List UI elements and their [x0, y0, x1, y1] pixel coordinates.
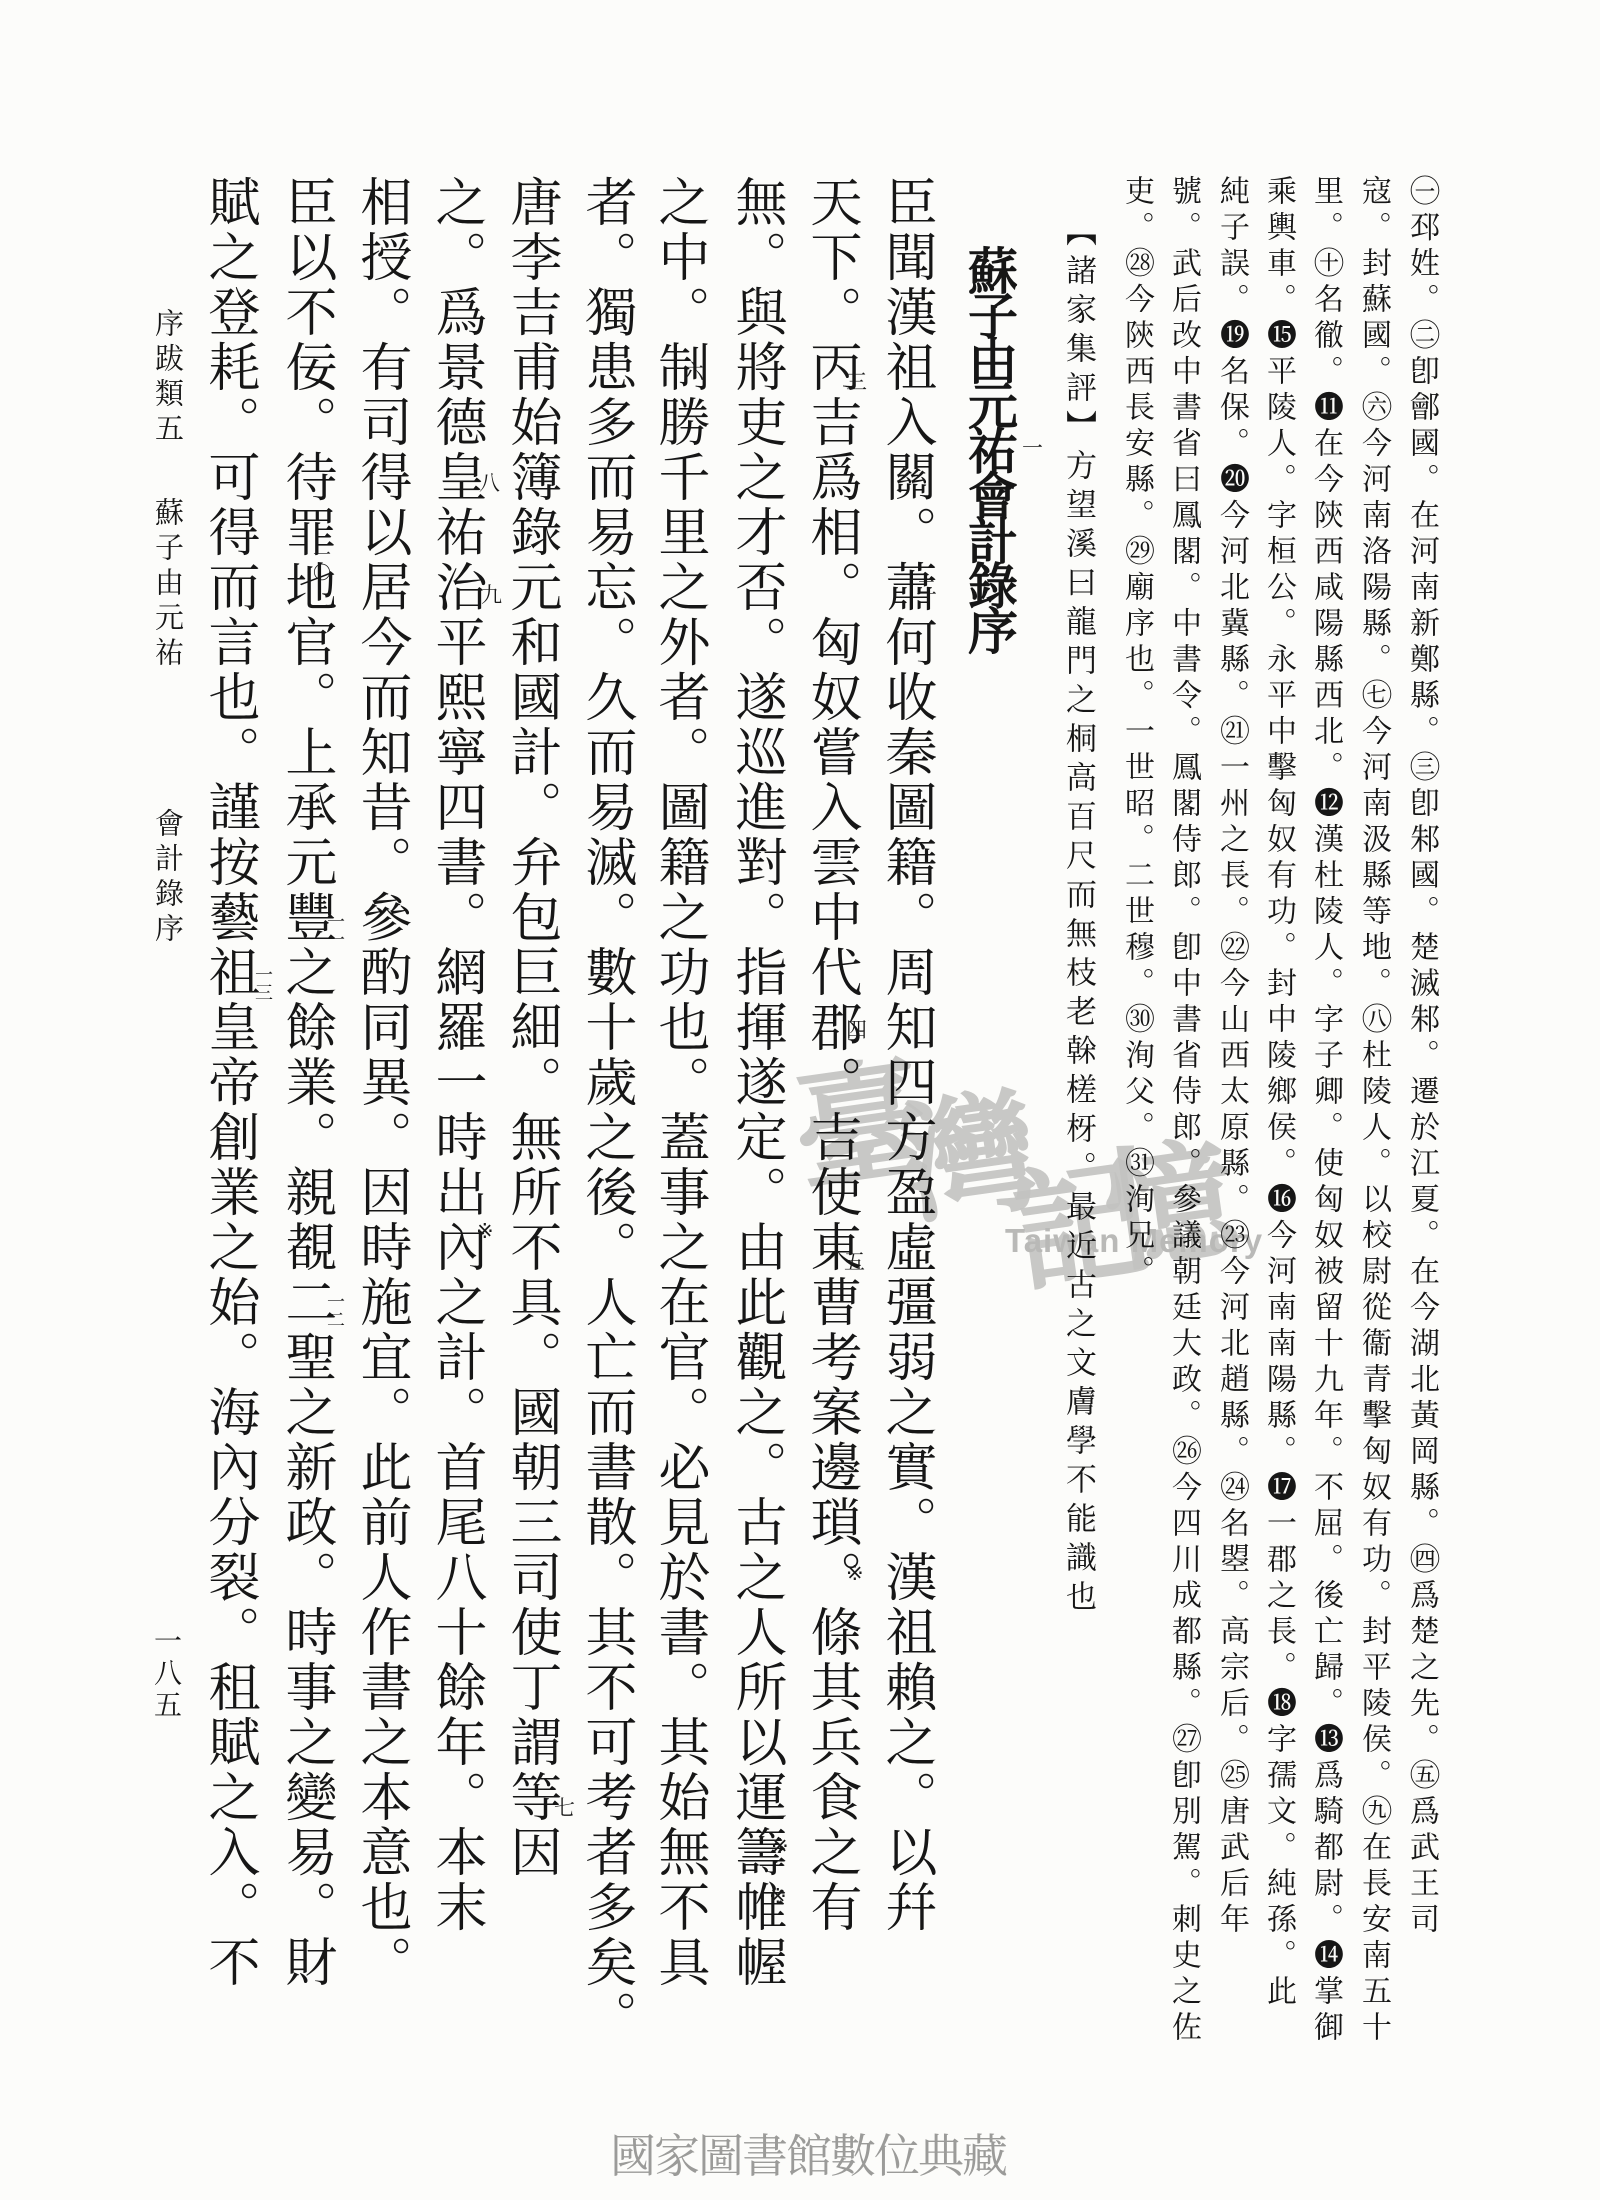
main-text-column-7: 之。爲景德皇祐治平熙寧四書。網羅一時出內之計。首尾八十餘年。本末 — [422, 175, 488, 1935]
note-marker-6: 六 — [683, 362, 704, 383]
margin-title-part2: 會計錄序 — [148, 808, 186, 948]
article-title: 蘇子由元祐會計錄序 — [958, 245, 1020, 650]
main-text-column-8: 相授。有司得以居今而知昔。參酌同異。因時施宜。此前人作書之本意也。 — [347, 175, 413, 1990]
annotation-column-1: ㊀邳姓。㊁卽鄶國。在河南新鄭縣。㊂卽邾國。楚滅邾。遷於江夏。在今湖北黃岡縣。㊃爲… — [1399, 175, 1443, 1939]
page-number: 一八五 — [148, 1626, 182, 1722]
note-marker-13: 一三 — [254, 965, 272, 1001]
main-text-column-3: 無。與將吏之才否。遂巡進對。指揮遂定。由此觀之。古之人所以運籌帷幄 — [722, 175, 788, 1990]
main-text-column-6: 唐李吉甫始簿錄元和國計。弁包巨細。無所不具。國朝三司使丁謂等因 — [497, 175, 563, 1880]
note-marker-5: 五 — [844, 1252, 865, 1273]
main-text-column-2: 天下。丙吉爲相。匈奴嘗入雲中代郡。吉使東曹考案邊瑣。條其兵食之有 — [797, 175, 863, 1935]
variant-asterisk-3: ※ — [771, 1836, 789, 1857]
annotation-column-3: 里。㊉名徹。⓫在今陝西咸陽縣西北。⓬漢杜陵人。字子卿。使匈奴被留十九年。不屈。後… — [1303, 175, 1347, 2047]
note-marker-9: 九 — [481, 585, 502, 606]
library-archive-caption: 國家圖書館數位典藏 — [610, 2120, 1006, 2186]
variant-asterisk-4: ※ — [769, 1886, 787, 1907]
main-text-column-1: 臣聞漢祖入關。蕭何收秦圖籍。周知四方盈虛彊弱之實。漢祖賴之。以幷 — [872, 175, 938, 1935]
margin-category-label: 序跋類五 — [148, 308, 186, 448]
scanned-book-page: 臺 灣 記 憶 Taiwan Memory ㊀邳姓。㊁卽鄶國。在河南新鄭縣。㊂卽… — [0, 0, 1600, 2200]
main-text-column-4: 之中。制勝千里之外者。圖籍之功也。蓋事之在官。必見於書。其始無不具 — [645, 175, 711, 1990]
critique-column: 【諸家集評】方望溪曰龍門之桐高百尺而無枝老榦槎枒。最近古之文膚學不能識也 — [1056, 215, 1100, 1619]
annotation-column-5: 純子誤。⓳名保。⓴今河北冀縣。㉑一州之長。㉒今山西太原縣。㉓今河北趙縣。㉔名曌。… — [1209, 175, 1253, 1939]
note-marker-2: 二 — [916, 578, 937, 599]
annotation-column-4: 乘輿車。⓯平陵人。字桓公。永平中擊匈奴有功。封中陵鄉侯。⓰今河南南陽縣。⓱一郡之… — [1256, 175, 1300, 2011]
note-marker-8: 八 — [479, 473, 500, 494]
note-marker-11: 一一 — [326, 912, 344, 948]
note-marker-7: 七 — [554, 1798, 575, 1819]
margin-title-part1: 蘇子由元祐 — [148, 497, 186, 672]
note-marker-3: 三 — [846, 372, 867, 393]
note-marker-10: 一〇 — [312, 545, 330, 581]
note-marker-4: 四 — [846, 1020, 867, 1041]
main-text-column-9: 臣以不佞。待罪地官。上承元豐之餘業。親覩二聖之新政。時事之變易。財 — [272, 175, 338, 1990]
variant-asterisk-1: ※ — [846, 1563, 864, 1584]
note-marker-1: 一 — [1022, 438, 1043, 459]
main-text-column-10: 賦之登耗。可得而言也。謹按藝祖皇帝創業之始。海內分裂。租賦之入。不 — [195, 175, 261, 1990]
annotation-column-7: 吏。㉘今陝西長安縣。㉙廟序也。一世昭。二世穆。㉚洵父。㉛洵兄。 — [1114, 175, 1158, 1291]
variant-asterisk-2: ※ — [476, 1221, 494, 1242]
main-text-column-5: 者。獨患多而易忘。久而易滅。數十歲之後。人亡而書散。其不可考者多矣。 — [572, 175, 638, 2045]
annotation-column-6: 號。武后改中書省曰鳳閣。中書令。鳳閣侍郎。卽中書省侍郎。參議朝廷大政。㉖今四川成… — [1161, 175, 1205, 2047]
annotation-column-2: 寇。封蘇國。㊅今河南洛陽縣。㊆今河南汲縣等地。㊇杜陵人。以校尉從衞青擊匈奴有功。… — [1351, 175, 1395, 2047]
note-marker-12: 一二 — [326, 1292, 344, 1328]
